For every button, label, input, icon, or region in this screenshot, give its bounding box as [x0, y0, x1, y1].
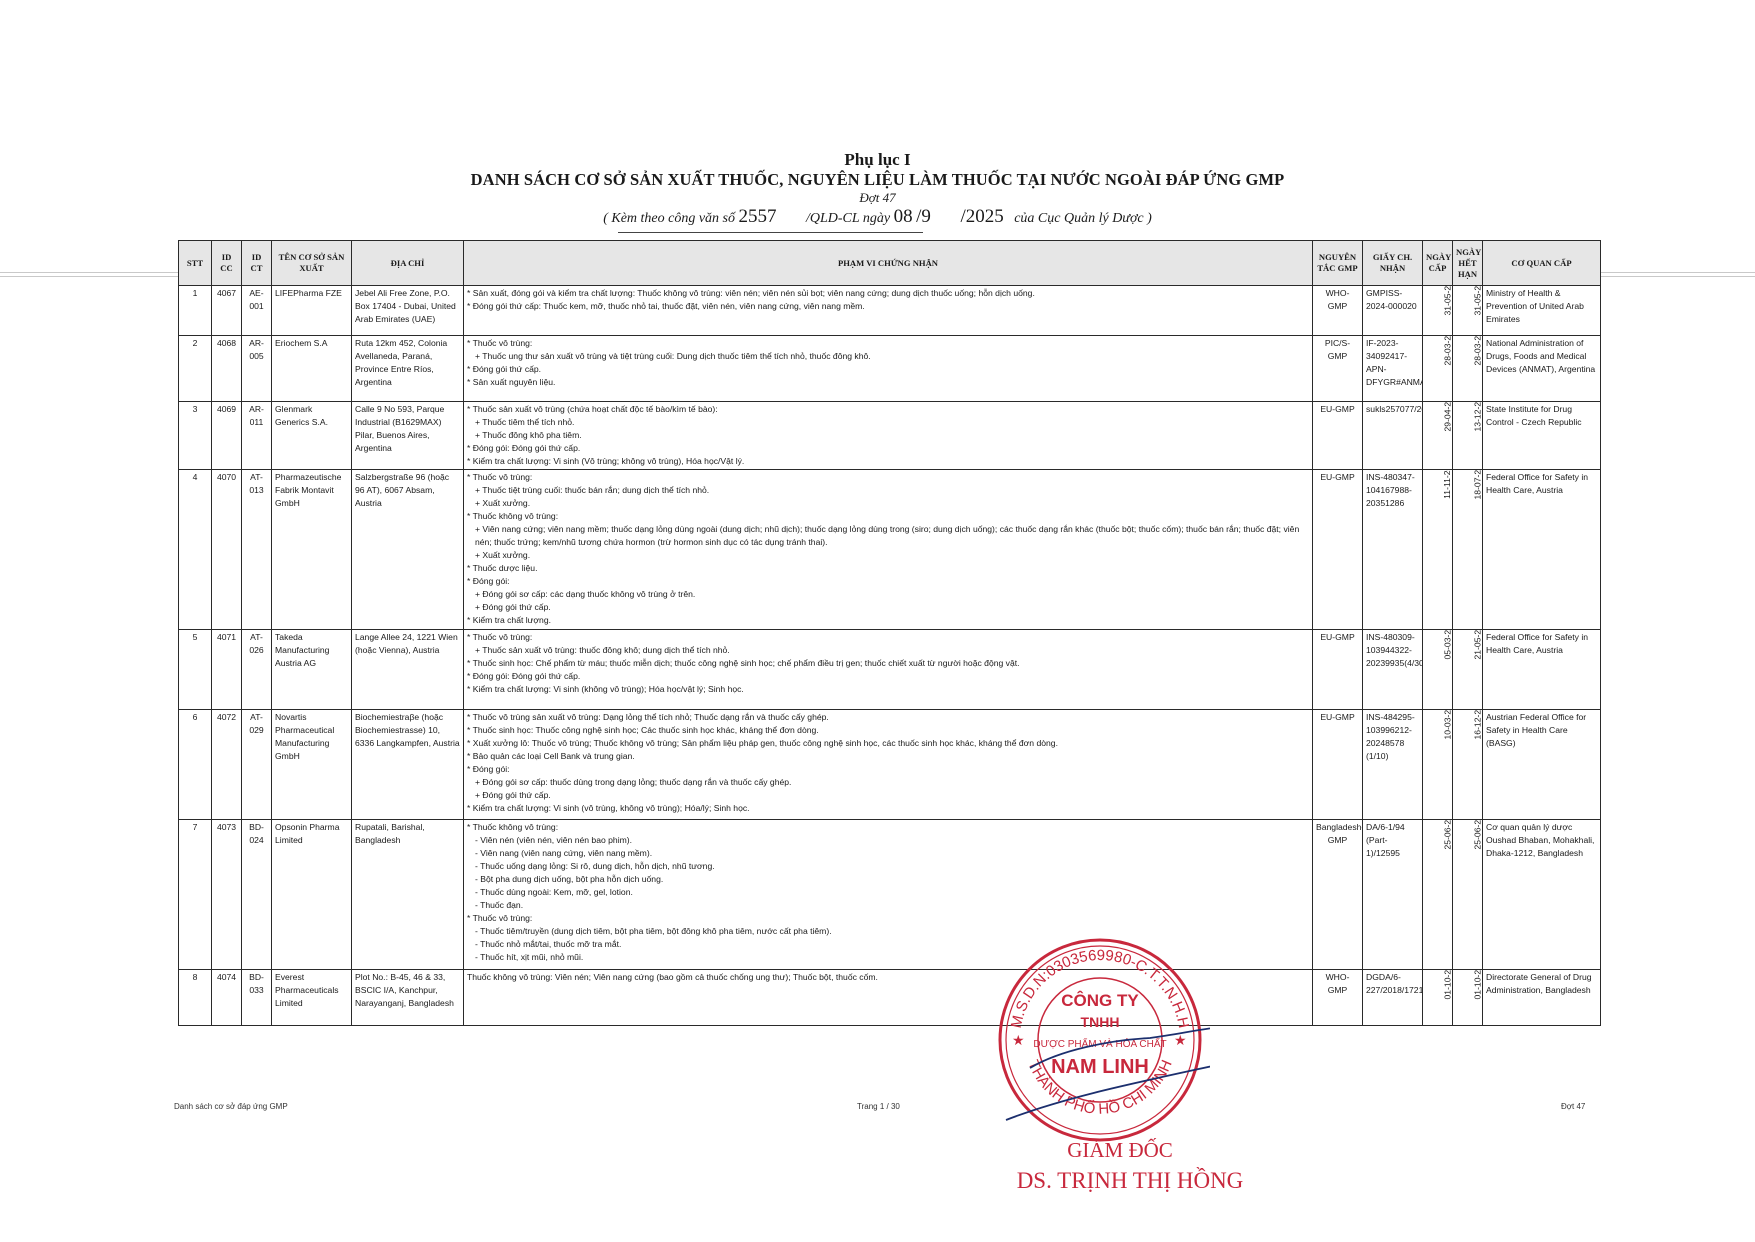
scope-line: + Viên nang cứng; viên nang mềm; thuốc d… [467, 523, 1309, 549]
certificate-number: DGDA/6-227/2018/17218 [1363, 970, 1423, 1026]
scope-line: * Sản xuất, đóng gói và kiểm tra chất lư… [467, 287, 1309, 300]
table-header-row: STT ID CC ID CT TÊN CƠ SỞ SẢN XUẤT ĐỊA C… [179, 241, 1601, 286]
certificate-number: GMPISS-2024-000020 [1363, 286, 1423, 336]
expiry-date: 31-05-2025 [1471, 286, 1482, 316]
id-cc: 4067 [212, 286, 242, 336]
issuing-authority: Ministry of Health & Prevention of Unite… [1483, 286, 1601, 336]
facility-address: Biochemiestraβe (hoặc Biochemiestrasse) … [352, 710, 464, 820]
issue-date: 31-05-2024 [1441, 286, 1452, 316]
facility-address: Jebel Ali Free Zone, P.O. Box 17404 - Du… [352, 286, 464, 336]
issue-date: 10-03-2025 [1441, 710, 1452, 740]
issue-date: 25-06-2023 [1441, 820, 1452, 850]
scope-line: - Viên nang (viên nang cứng, viên nang m… [467, 847, 1309, 860]
seal-line-2: TNHH [1081, 1014, 1120, 1030]
scope-line: - Thuốc đạn. [467, 899, 1309, 912]
id-ct: AE-001 [242, 286, 272, 336]
issue-date: 01-10-2024 [1441, 970, 1452, 1000]
col-id-ct: ID CT [242, 241, 272, 286]
row-number: 7 [179, 820, 212, 970]
facility-address: Calle 9 No 593, Parque Industrial (B1629… [352, 402, 464, 470]
facility-address: Lange Allee 24, 1221 Wien (hoặc Vienna),… [352, 630, 464, 710]
gmp-principle: WHO-GMP [1313, 970, 1363, 1026]
batch-label: Đợt 47 [0, 190, 1755, 206]
col-stt: STT [179, 241, 212, 286]
issue-date-cell: 29-04-2025 [1423, 402, 1453, 470]
scope-line: * Thuốc không vô trùng: [467, 821, 1309, 834]
scope-line: * Thuốc vô trùng: [467, 471, 1309, 484]
table-row: 54071AT-026Takeda Manufacturing Austria … [179, 630, 1601, 710]
row-number: 8 [179, 970, 212, 1026]
facility-address: Plot No.: B-45, 46 & 33, BSCIC I/A, Kanc… [352, 970, 464, 1026]
issuing-authority: Directorate General of Drug Administrati… [1483, 970, 1601, 1026]
scope-line: + Xuất xưởng. [467, 497, 1309, 510]
row-number: 5 [179, 630, 212, 710]
id-cc: 4071 [212, 630, 242, 710]
expiry-date-cell: 25-06-2025 [1453, 820, 1483, 970]
facility-name: Opsonin Pharma Limited [272, 820, 352, 970]
ref-year: /2025 [960, 206, 1003, 227]
reference-line: ( Kèm theo công văn số 2557 /QLD-CL ngày… [0, 206, 1755, 230]
ref-number: 2557 [739, 206, 777, 227]
issuing-authority: Federal Office for Safety in Health Care… [1483, 470, 1601, 630]
certification-scope: * Thuốc sản xuất vô trùng (chứa hoạt chấ… [464, 402, 1313, 470]
facility-name: Takeda Manufacturing Austria AG [272, 630, 352, 710]
document-title: DANH SÁCH CƠ SỞ SẢN XUẤT THUỐC, NGUYÊN L… [0, 170, 1755, 190]
signatory-title: GIÁM ĐỐC [1040, 1138, 1200, 1163]
signatory-name: DS. TRỊNH THỊ HỒNG [1000, 1168, 1260, 1194]
col-scope: PHẠM VI CHỨNG NHẬN [464, 241, 1313, 286]
id-ct: AT-013 [242, 470, 272, 630]
certification-scope: * Thuốc vô trùng:+ Thuốc ung thư sản xuấ… [464, 336, 1313, 402]
scope-line: * Đóng gói: Đóng gói thứ cấp. [467, 442, 1309, 455]
col-id-cc: ID CC [212, 241, 242, 286]
id-ct: AT-026 [242, 630, 272, 710]
scope-line: * Bảo quản các loại Cell Bank và trung g… [467, 750, 1309, 763]
id-cc: 4068 [212, 336, 242, 402]
row-number: 1 [179, 286, 212, 336]
scope-line: - Viên nén (viên nén, viên nén bao phim)… [467, 834, 1309, 847]
footer-left: Danh sách cơ sở đáp ứng GMP [174, 1102, 288, 1111]
seal-line-1: CÔNG TY [1061, 991, 1139, 1010]
issue-date: 11-11-2024 [1441, 470, 1453, 499]
scope-line: + Xuất xưởng. [467, 549, 1309, 562]
scope-line: * Kiểm tra chất lượng: Vi sinh (vô trùng… [467, 802, 1309, 815]
table-body: 14067AE-001LIFEPharma FZEJebel Ali Free … [179, 286, 1601, 1026]
scope-line: + Đóng gói sơ cấp: thuốc dùng trong dạng… [467, 776, 1309, 789]
facility-name: LIFEPharma FZE [272, 286, 352, 336]
footer-page-number: Trang 1 / 30 [857, 1102, 900, 1111]
issuing-authority: Austrian Federal Office for Safety in He… [1483, 710, 1601, 820]
issue-date: 29-04-2025 [1441, 402, 1452, 432]
col-issue-date: NGÀY CẤP [1423, 241, 1453, 286]
issue-date-cell: 31-05-2024 [1423, 286, 1453, 336]
table-row: 14067AE-001LIFEPharma FZEJebel Ali Free … [179, 286, 1601, 336]
row-number: 2 [179, 336, 212, 402]
gmp-principle: WHO-GMP [1313, 286, 1363, 336]
expiry-date-cell: 21-05-2027 [1453, 630, 1483, 710]
issue-date-cell: 25-06-2023 [1423, 820, 1453, 970]
col-authority: CƠ QUAN CẤP [1483, 241, 1601, 286]
scope-line: * Đóng gói: [467, 575, 1309, 588]
appendix-label: Phụ lục I [0, 150, 1755, 170]
scope-line: * Kiểm tra chất lượng: Vi sinh (không vô… [467, 683, 1309, 696]
seal-line-4: NAM LINH [1051, 1056, 1149, 1078]
ref-day: 08 [894, 206, 913, 227]
ref-suffix: của Cục Quản lý Dược ) [1014, 211, 1152, 226]
table-row: 44070AT-013Pharmazeutische Fabrik Montav… [179, 470, 1601, 630]
id-cc: 4069 [212, 402, 242, 470]
scope-line: - Bột pha dung dịch uống, bột pha hỗn dị… [467, 873, 1309, 886]
row-number: 3 [179, 402, 212, 470]
col-facility-name: TÊN CƠ SỞ SẢN XUẤT [272, 241, 352, 286]
certificate-number: INS-480347-104167988-20351286 [1363, 470, 1423, 630]
gmp-principle: PIC/S-GMP [1313, 336, 1363, 402]
id-ct: AR-011 [242, 402, 272, 470]
certificate-number: INS-480309-103944322-20239935(4/30) [1363, 630, 1423, 710]
issuing-authority: Cơ quan quản lý dược Oushad Bhaban, Moha… [1483, 820, 1601, 970]
col-gmp-principle: NGUYÊN TẮC GMP [1313, 241, 1363, 286]
scope-line: * Thuốc vô trùng: [467, 337, 1309, 350]
col-address: ĐỊA CHỈ [352, 241, 464, 286]
scope-line: + Thuốc tiêm thể tích nhỏ. [467, 416, 1309, 429]
seal-star-icon: ★ [1012, 1032, 1025, 1048]
id-ct: BD-033 [242, 970, 272, 1026]
scope-line: + Đóng gói thứ cấp. [467, 789, 1309, 802]
scope-line: * Thuốc không vô trùng: [467, 510, 1309, 523]
facility-name: Novartis Pharmaceutical Manufacturing Gm… [272, 710, 352, 820]
scope-line: - Thuốc uống dạng lỏng: Si rô, dung dịch… [467, 860, 1309, 873]
expiry-date: 21-05-2027 [1471, 630, 1482, 660]
scope-line: * Đóng gói thứ cấp. [467, 363, 1309, 376]
scope-line: * Kiểm tra chất lượng: Vi sinh (Vô trùng… [467, 455, 1309, 468]
scope-line: - Thuốc dùng ngoài: Kem, mỡ, gel, lotion… [467, 886, 1309, 899]
facility-name: Eriochem S.A [272, 336, 352, 402]
certificate-number: DA/6-1/94 (Part-1)/12595 [1363, 820, 1423, 970]
gmp-principle: Bangladesh-GMP [1313, 820, 1363, 970]
issue-date-cell: 10-03-2025 [1423, 710, 1453, 820]
col-certificate: GIẤY CH. NHẬN [1363, 241, 1423, 286]
scope-line: * Thuốc vô trùng: [467, 912, 1309, 925]
issue-date-cell: 11-11-2024 [1423, 470, 1453, 630]
scope-line: + Thuốc đông khô pha tiêm. [467, 429, 1309, 442]
table-row: 74073BD-024Opsonin Pharma LimitedRupatal… [179, 820, 1601, 970]
issue-date-cell: 05-03-2025 [1423, 630, 1453, 710]
ref-month: /9 [916, 206, 931, 227]
scope-line: * Đóng gói: [467, 763, 1309, 776]
ref-code: /QLD-CL ngày [806, 211, 890, 226]
scope-line: * Thuốc sinh học: Chế phẩm từ máu; thuốc… [467, 657, 1309, 670]
scope-line: * Thuốc vô trùng sản xuất vô trùng: Dạng… [467, 711, 1309, 724]
expiry-date-cell: 01-10-2026 [1453, 970, 1483, 1026]
id-cc: 4072 [212, 710, 242, 820]
scope-line: * Thuốc sản xuất vô trùng (chứa hoạt chấ… [467, 403, 1309, 416]
certification-scope: * Sản xuất, đóng gói và kiểm tra chất lư… [464, 286, 1313, 336]
row-number: 6 [179, 710, 212, 820]
id-ct: AT-029 [242, 710, 272, 820]
facility-address: Rupatali, Barishal, Bangladesh [352, 820, 464, 970]
expiry-date: 01-10-2026 [1471, 970, 1482, 1000]
gmp-facility-table: STT ID CC ID CT TÊN CƠ SỞ SẢN XUẤT ĐỊA C… [178, 240, 1601, 1026]
expiry-date-cell: 28-03-2024 [1453, 336, 1483, 402]
row-number: 4 [179, 470, 212, 630]
expiry-date-cell: 18-07-2027 [1453, 470, 1483, 630]
scope-line: + Đóng gói sơ cấp: các dạng thuốc không … [467, 588, 1309, 601]
ref-prefix: ( Kèm theo công văn số [603, 211, 735, 226]
issue-date-cell: 01-10-2024 [1423, 970, 1453, 1026]
issue-date-cell: 28-03-2023 [1423, 336, 1453, 402]
col-expiry-date: NGÀY HẾT HẠN [1453, 241, 1483, 286]
scope-line: * Kiểm tra chất lượng. [467, 614, 1309, 627]
table-row: 64072AT-029Novartis Pharmaceutical Manuf… [179, 710, 1601, 820]
scope-line: * Thuốc vô trùng: [467, 631, 1309, 644]
scope-line: * Thuốc sinh học: Thuốc công nghệ sinh h… [467, 724, 1309, 737]
scope-line: + Thuốc ung thư sản xuất vô trùng và tiệ… [467, 350, 1309, 363]
table-row: 34069AR-011Glenmark Generics S.A.Calle 9… [179, 402, 1601, 470]
id-ct: AR-005 [242, 336, 272, 402]
expiry-date-cell: 13-12-2027 [1453, 402, 1483, 470]
expiry-date: 13-12-2027 [1471, 402, 1482, 432]
expiry-date-cell: 16-12-2026 [1453, 710, 1483, 820]
scope-line: * Thuốc dược liệu. [467, 562, 1309, 575]
certification-scope: * Thuốc vô trùng:+ Thuốc tiệt trùng cuối… [464, 470, 1313, 630]
facility-name: Glenmark Generics S.A. [272, 402, 352, 470]
company-seal-stamp: M.S.D.N:0303569980-C.T.T.N.H.H THÀNH PHỐ… [990, 930, 1210, 1150]
facility-name: Everest Pharmaceuticals Limited [272, 970, 352, 1026]
expiry-date: 18-07-2027 [1471, 470, 1482, 500]
scope-line: + Thuốc tiệt trùng cuối: thuốc bán rắn; … [467, 484, 1309, 497]
expiry-date: 25-06-2025 [1471, 820, 1482, 850]
gmp-principle: EU-GMP [1313, 402, 1363, 470]
scope-line: + Đóng gói thứ cấp. [467, 601, 1309, 614]
gmp-principle: EU-GMP [1313, 630, 1363, 710]
facility-address: Salzbergstraße 96 (hoặc 96 AT), 6067 Abs… [352, 470, 464, 630]
table-row: 24068AR-005Eriochem S.ARuta 12km 452, Co… [179, 336, 1601, 402]
gmp-principle: EU-GMP [1313, 710, 1363, 820]
issuing-authority: State Institute for Drug Control - Czech… [1483, 402, 1601, 470]
scope-line: * Đóng gói: Đóng gói thứ cấp. [467, 670, 1309, 683]
certificate-number: sukls257077/2024 [1363, 402, 1423, 470]
id-cc: 4070 [212, 470, 242, 630]
id-cc: 4074 [212, 970, 242, 1026]
document-header: Phụ lục I DANH SÁCH CƠ SỞ SẢN XUẤT THUỐC… [0, 150, 1755, 230]
certification-scope: * Thuốc vô trùng sản xuất vô trùng: Dạng… [464, 710, 1313, 820]
footer-right: Đợt 47 [1561, 1102, 1585, 1111]
scope-line: * Đóng gói thứ cấp: Thuốc kem, mỡ, thuốc… [467, 300, 1309, 313]
issue-date: 05-03-2025 [1441, 630, 1452, 660]
gmp-principle: EU-GMP [1313, 470, 1363, 630]
expiry-date: 16-12-2026 [1471, 710, 1482, 740]
reference-underline [618, 232, 923, 233]
table-row: 84074BD-033Everest Pharmaceuticals Limit… [179, 970, 1601, 1026]
expiry-date: 28-03-2024 [1471, 336, 1482, 366]
expiry-date-cell: 31-05-2025 [1453, 286, 1483, 336]
id-ct: BD-024 [242, 820, 272, 970]
certificate-number: IF-2023-34092417-APN-DFYGR#ANMAT [1363, 336, 1423, 402]
scope-line: * Xuất xưởng lô: Thuốc vô trùng; Thuốc k… [467, 737, 1309, 750]
issue-date: 28-03-2023 [1441, 336, 1452, 366]
facility-name: Pharmazeutische Fabrik Montavit GmbH [272, 470, 352, 630]
facility-address: Ruta 12km 452, Colonia Avellaneda, Paran… [352, 336, 464, 402]
issuing-authority: Federal Office for Safety in Health Care… [1483, 630, 1601, 710]
scope-line: * Sản xuất nguyên liệu. [467, 376, 1309, 389]
id-cc: 4073 [212, 820, 242, 970]
scope-line: + Thuốc sản xuất vô trùng: thuốc đông kh… [467, 644, 1309, 657]
issuing-authority: National Administration of Drugs, Foods … [1483, 336, 1601, 402]
certificate-number: INS-484295-103996212-20248578 (1/10) [1363, 710, 1423, 820]
certification-scope: * Thuốc vô trùng:+ Thuốc sản xuất vô trù… [464, 630, 1313, 710]
